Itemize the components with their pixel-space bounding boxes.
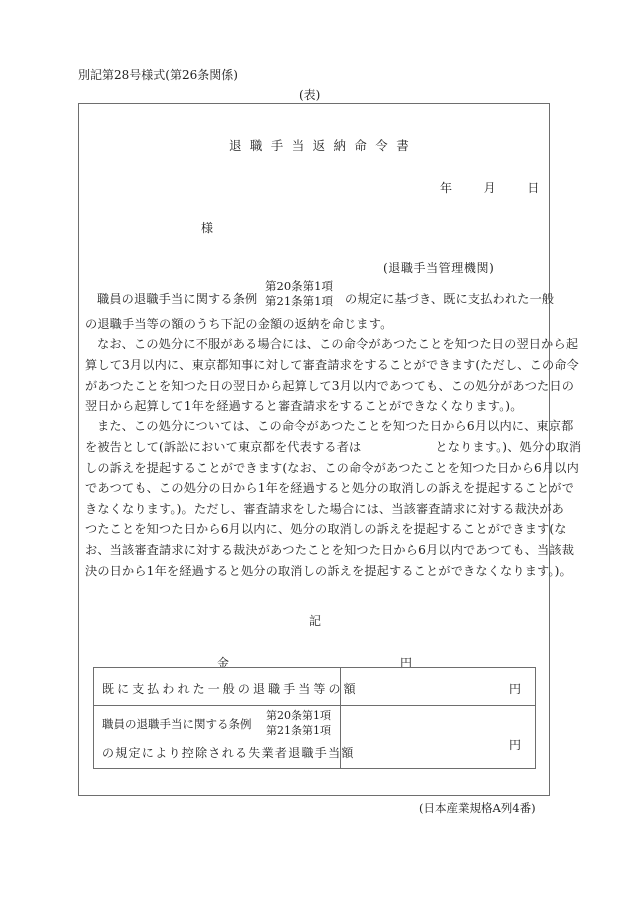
- paragraph-3-line: 決の日から1年を経過すると処分の取消しの訴えを提起することができなくなります。)…: [85, 562, 572, 579]
- date-line: 年 月 日: [440, 179, 539, 196]
- paid-allowance-label: 既に支払われた一般の退職手当等の額: [102, 680, 359, 697]
- notation-heading: 記: [309, 612, 321, 629]
- deduction-amount-field[interactable]: 円: [341, 706, 535, 768]
- paragraph-3-line: つたことを知つた日から6月以内に、処分の取消しの訴えを提起することができます(な: [85, 520, 567, 537]
- paragraph-3-line: また、この処分については、この命令があつたことを知つた日から6月以内に、東京都: [97, 417, 573, 434]
- intro-article-20: 第20条第1項: [265, 279, 333, 294]
- table-row: 職員の退職手当に関する条例 第20条第1項 第21条第1項 の規定により控除され…: [94, 706, 535, 768]
- intro-lead: 職員の退職手当に関する条例: [97, 290, 257, 307]
- date-day-label: 日: [527, 179, 539, 196]
- date-month-label: 月: [484, 179, 496, 196]
- date-year-label: 年: [440, 179, 452, 196]
- paragraph-2-line: 翌日から起算して1年を経過すると審査請求をすることができなくなります。)。: [85, 397, 523, 414]
- issuing-authority: (退職手当管理機関): [383, 259, 494, 276]
- yen-unit: 円: [509, 736, 521, 753]
- row-label-cell: 既に支払われた一般の退職手当等の額: [94, 668, 341, 705]
- paid-allowance-amount-field[interactable]: 円: [341, 668, 535, 705]
- document-title: 退職手当返納命令書: [229, 136, 417, 154]
- paper-size-note: (日本産業規格A列4番): [419, 800, 536, 816]
- paragraph-2-line: なお、この処分に不服がある場合には、この命令があつたことを知つた日の翌日から起: [97, 335, 578, 352]
- intro-line-2: の退職手当等の額のうち下記の金額の返納を命じます。: [85, 315, 392, 332]
- deduction-label-tail: の規定により控除される失業者退職手当額: [102, 744, 355, 761]
- form-number-label: 別記第28号様式(第26条関係): [78, 66, 238, 83]
- amount-table: 既に支払われた一般の退職手当等の額 円 職員の退職手当に関する条例 第20条第1…: [93, 667, 536, 769]
- addressee-suffix: 様: [201, 219, 213, 236]
- deduction-article-stack: 第20条第1項 第21条第1項: [266, 708, 331, 738]
- paragraph-3-line: お、当該審査請求に対する裁決があつたことを知つた日から6月以内であつても、当該裁: [85, 541, 574, 558]
- paragraph-3-line: きなくなります。)。ただし、審査請求をした場合には、当該審査請求に対する裁決があ: [85, 500, 564, 517]
- intro-article-21: 第21条第1項: [265, 294, 333, 309]
- intro-tail: の規定に基づき、既に支払われた一般: [345, 290, 554, 307]
- deduction-article-20: 第20条第1項: [266, 708, 331, 723]
- deduction-label-lead: 職員の退職手当に関する条例: [102, 716, 252, 732]
- paragraph-2-line: があつたことを知つた日の翌日から起算して3月以内であつても、この処分があつた日の: [85, 377, 574, 394]
- yen-unit: 円: [509, 680, 521, 697]
- front-side-label: (表): [299, 86, 320, 103]
- paragraph-2-line: 算して3月以内に、東京都知事に対して審査請求をすることができます(ただし、この命…: [85, 356, 579, 373]
- deduction-article-21: 第21条第1項: [266, 723, 331, 738]
- paragraph-3-line: であつても、この処分の日から1年を経過すると処分の取消しの訴えを提起することがで: [85, 479, 574, 496]
- paragraph-3-line: を被告として(訴訟において東京都を代表する者は となります。)、処分の取消: [85, 438, 581, 455]
- table-row: 既に支払われた一般の退職手当等の額 円: [94, 668, 535, 706]
- intro-article-stack: 第20条第1項 第21条第1項: [265, 279, 333, 309]
- paragraph-3-line: しの訴えを提起することができます(なお、この命令があつたことを知つた日から6月以…: [85, 459, 579, 476]
- row-label-cell: 職員の退職手当に関する条例 第20条第1項 第21条第1項 の規定により控除され…: [94, 706, 341, 768]
